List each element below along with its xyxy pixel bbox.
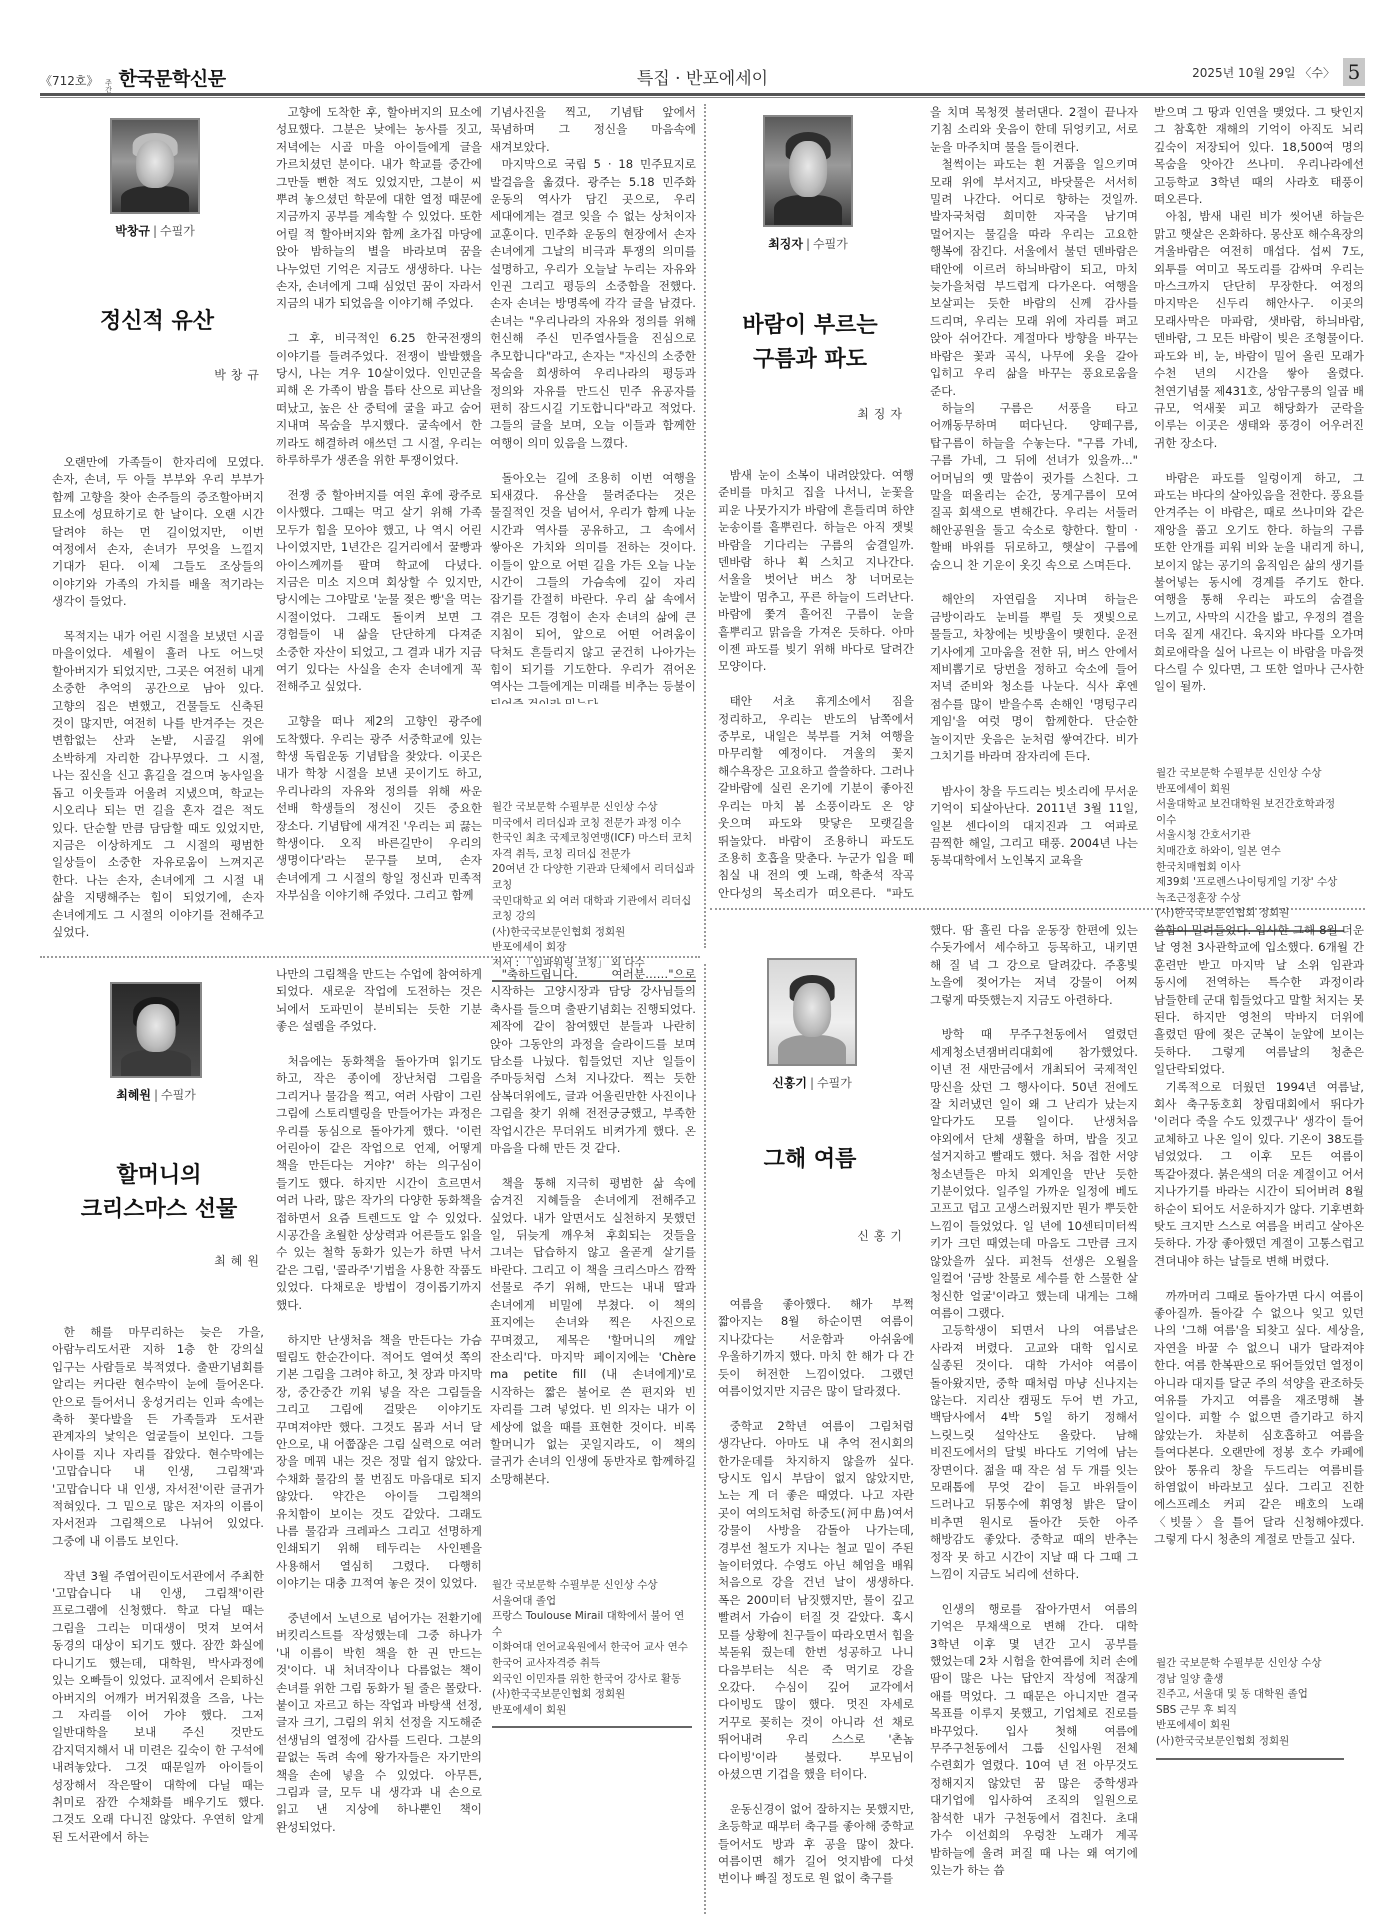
article-column-2: 을 치며 목청껏 불러댄다. 2절이 끝나자 기침 소리와 웃음이 한데 뒤엉키… [930, 104, 1138, 904]
author-photo [763, 115, 853, 227]
author-name: 신홍기 [772, 1076, 807, 1090]
article-signature: 신홍기 [712, 1227, 907, 1244]
article-column-3: 쓸함이 밀려들었다. 입사한 그해 8월 더운 날 영천 3사관학교에 입소했다… [1154, 922, 1364, 1618]
masthead-right: 2025년 10월 29일 〈수〉 5 [1192, 58, 1365, 86]
article-column-1: 한 해를 마무리하는 늦은 가을, 아람누리도서관 지하 1층 한 강의실 입구… [52, 1324, 264, 1922]
author-byline: 신홍기|수필가 [766, 1074, 858, 1091]
bio-rule [1156, 1758, 1344, 1760]
bio-rule [492, 1726, 692, 1728]
author-bio: 월간 국보문학 수필부문 신인상 수상 반포에세이 회원 서울대학교 보건대학원… [1156, 766, 1344, 932]
author-role: 수필가 [161, 1088, 196, 1102]
top-column-divider [704, 104, 706, 948]
article-column-2: 나만의 그림책을 만드는 수업에 참여하게 되었다. 새로운 작업에 도전하는 … [276, 966, 482, 1922]
article-signature: 최징자 [712, 405, 907, 422]
article-signature: 최혜원 [48, 1252, 264, 1269]
author-photo [110, 982, 202, 1078]
author-box: 최혜원|수필가 [108, 982, 204, 1103]
author-bio: 월간 국보문학 수필부문 신인상 수상 경남 일양 출생 진주고, 서울대 및 … [1156, 1656, 1344, 1760]
author-box: 박창규|수필가 [110, 118, 200, 239]
article-column-2: 고향에 도착한 후, 할아버지의 묘소에 성묘했다. 그분은 낮에는 농사를 짓… [276, 104, 482, 944]
article-column-3: 기념사진을 찍고, 기념탑 앞에서 묵념하며 그 정신을 마음속에 새겨보았다.… [490, 104, 696, 704]
article-column-3: 받으며 그 땅과 인연을 맺었다. 그 탓인지 그 참혹한 재해의 기억이 아직… [1154, 104, 1364, 764]
issue-date: 2025년 10월 29일 〈수〉 [1192, 64, 1335, 81]
author-role: 수필가 [160, 224, 195, 238]
bottom-column-divider [704, 964, 706, 1914]
author-byline: 최혜원|수필가 [108, 1086, 204, 1103]
author-role: 수필가 [813, 237, 848, 251]
author-bio: 월간 국보문학 수필부문 신인상 수상 미국에서 리더십과 코칭 전문가 과정 … [492, 800, 696, 982]
article-column-1: 오랜만에 가족들이 한자리에 모였다. 손자, 손녀, 두 아들 부부와 우리 … [52, 454, 264, 944]
masthead: 《712호》 주간 한국문학신문 특집 · 반포에세이 2025년 10월 29… [40, 62, 1365, 90]
author-photo [767, 958, 857, 1066]
author-bio: 월간 국보문학 수필부문 신인상 수상 서울여대 졸업 프랑스 Toulouse… [492, 1578, 692, 1728]
author-box: 최징자|수필가 [762, 115, 854, 252]
article-title: 할머니의 크리스마스 선물 [48, 1158, 270, 1226]
article-title: 그해 여름 [712, 1142, 908, 1176]
article-column-1: 밤새 눈이 소복이 내려앉았다. 여행 준비를 마치고 집을 나서니, 눈꽃을 … [718, 467, 914, 903]
author-byline: 최징자|수필가 [762, 235, 854, 252]
author-photo [110, 118, 200, 214]
article-column-1: 여름을 좋아했다. 해가 부쩍 짧아지는 8월 하순이면 여름이 지나갔다는 서… [718, 1296, 914, 1922]
article-signature: 박창규 [48, 366, 264, 383]
article-column-3: "축하드립니다. 여러분……"으로 시작하는 고양시장과 담당 강사님들의 축사… [490, 966, 696, 1576]
article-title: 정신적 유산 [48, 304, 266, 338]
author-name: 최징자 [768, 237, 803, 251]
article-column-2: 했다. 땀 흘린 다음 운동장 한편에 있는 수돗가에서 세수하고 등목하고, … [930, 922, 1138, 1922]
author-name: 박창규 [115, 224, 150, 238]
author-role: 수필가 [817, 1076, 852, 1090]
author-box: 신홍기|수필가 [766, 958, 858, 1091]
author-name: 최혜원 [116, 1088, 151, 1102]
page-number: 5 [1343, 58, 1365, 86]
section-title: 특집 · 반포에세이 [40, 64, 1365, 89]
masthead-rule [40, 93, 1365, 98]
author-byline: 박창규|수필가 [110, 222, 200, 239]
article-title: 바람이 부르는 구름과 파도 [712, 308, 908, 376]
